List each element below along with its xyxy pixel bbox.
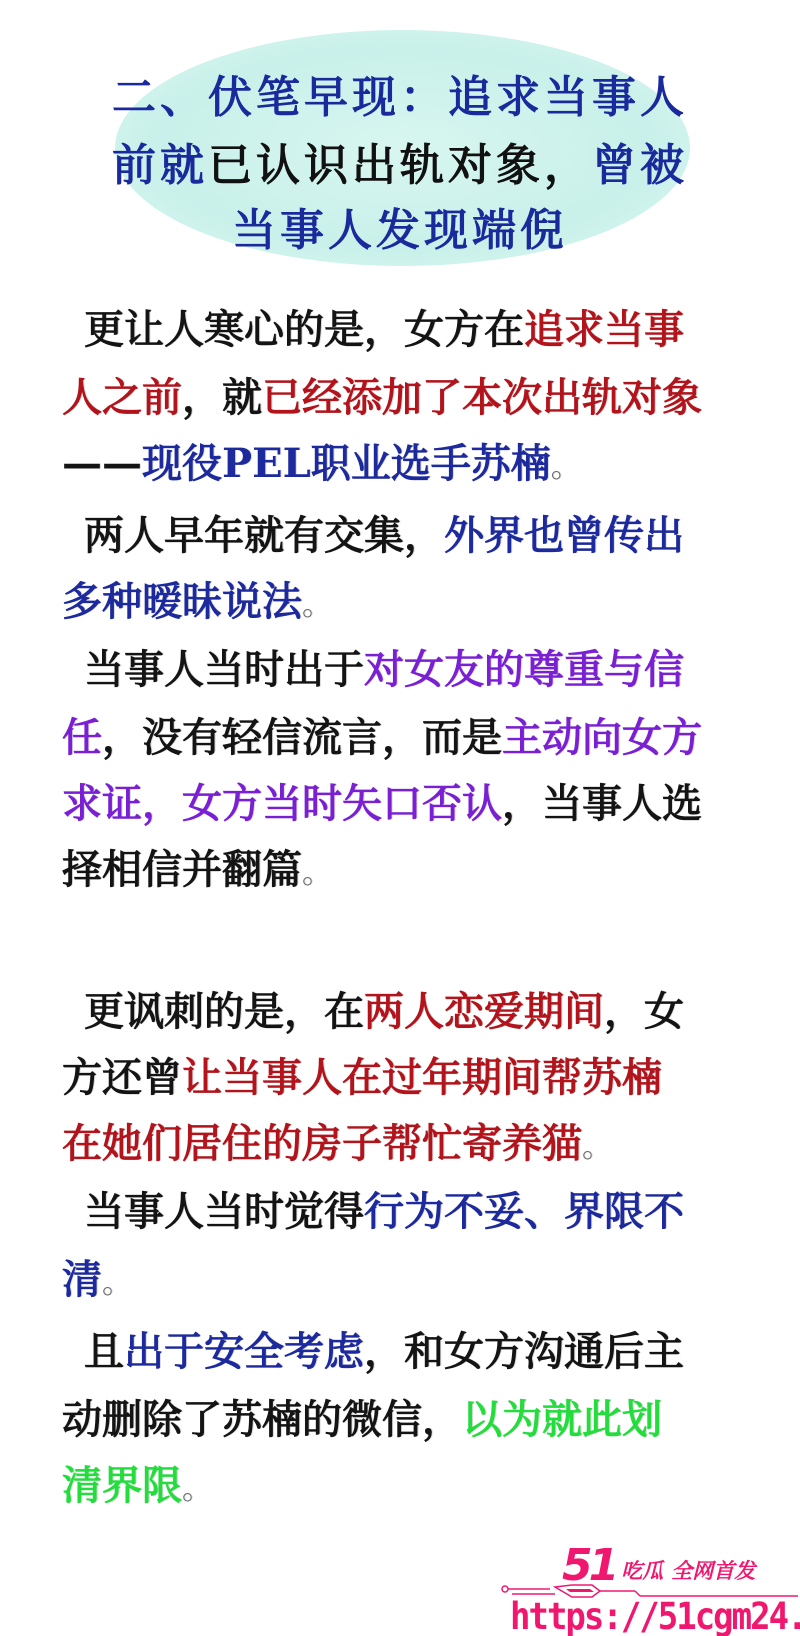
body-line: 多种暧昧说法。 — [62, 576, 332, 632]
body-line: 当事人当时出于对女友的尊重与信 — [62, 644, 684, 696]
highlight-blue: 多种暧昧说法 — [62, 578, 302, 625]
heading-segment: 二、伏笔早现：追求当事人 — [112, 72, 688, 123]
text-segment: 当事人当时觉得 — [84, 1188, 364, 1235]
text-segment: ，当事人选 — [502, 780, 702, 827]
highlight-red: 在她们居住的房子帮忙寄养猫 — [62, 1120, 582, 1167]
body-line: 人之前，就已经添加了本次出轨对象 — [62, 372, 702, 424]
heading-segment: 当事人发现端倪 — [232, 205, 568, 256]
heading-segment: 前就 — [112, 140, 208, 191]
period: 。 — [182, 1472, 212, 1507]
body-line: 求证，女方当时矢口否认，当事人选 — [62, 778, 702, 830]
text-segment: 更讽刺的是，在 — [84, 988, 364, 1035]
highlight-blue: 外界也曾传出 — [444, 512, 684, 559]
text-segment: 当事人当时出于 — [84, 646, 364, 693]
highlight-red: 追求当事 — [524, 306, 684, 353]
highlight-blue: 现役PEL职业选手苏楠 — [142, 440, 551, 487]
body-line: 在她们居住的房子帮忙寄养猫。 — [62, 1118, 612, 1174]
body-line: 动删除了苏楠的微信，以为就此划 — [62, 1394, 662, 1446]
watermark-slogan: 全网首发 — [671, 1558, 755, 1584]
body-line: 清。 — [62, 1254, 132, 1310]
heading-segment: 曾被 — [592, 140, 688, 191]
watermark-logo: 51 吃瓜 全网首发 — [562, 1544, 755, 1588]
highlight-red: 两人恋爱期间 — [364, 988, 604, 1035]
text-segment: —— — [62, 440, 142, 487]
text-segment: 两人早年就有交集， — [84, 512, 444, 559]
highlight-blue: 清 — [62, 1256, 102, 1303]
period: 。 — [102, 1266, 132, 1301]
watermark-number: 51 — [562, 1544, 615, 1588]
body-line: 清界限。 — [62, 1460, 212, 1516]
period: 。 — [551, 450, 581, 485]
highlight-blue: 出于安全考虑 — [124, 1328, 364, 1375]
period: 。 — [302, 588, 332, 623]
highlight-green: 清界限 — [62, 1462, 182, 1509]
body-line: 择相信并翻篇。 — [62, 844, 332, 900]
body-line: ——现役PEL职业选手苏楠。 — [62, 438, 581, 494]
text-segment: 择相信并翻篇 — [62, 846, 302, 893]
highlight-red: 让当事人在过年期间帮苏楠 — [182, 1054, 662, 1101]
body-line: 两人早年就有交集，外界也曾传出 — [62, 510, 684, 562]
text-segment: 动删除了苏楠的微信， — [62, 1396, 462, 1443]
heading-segment-highlight: 已认识出轨对象， — [208, 140, 592, 191]
period: 。 — [582, 1130, 612, 1165]
highlight-red: 人之前 — [62, 374, 182, 421]
highlight-red: 已经添加了本次出轨对象 — [262, 374, 702, 421]
text-segment: ，女 — [604, 988, 684, 1035]
text-segment: ，和女方沟通后主 — [364, 1328, 684, 1375]
heading-line-2: 前就已认识出轨对象，曾被 — [0, 140, 800, 192]
text-segment: ，就 — [182, 374, 262, 421]
highlight-purple: 对女友的尊重与信 — [364, 646, 684, 693]
period: 。 — [302, 856, 332, 891]
text-segment: 更让人寒心的是，女方在 — [84, 306, 524, 353]
body-line: 更讽刺的是，在两人恋爱期间，女 — [62, 986, 684, 1038]
body-line: 更让人寒心的是，女方在追求当事 — [62, 304, 684, 356]
heading-line-1: 二、伏笔早现：追求当事人 — [0, 72, 800, 124]
highlight-purple: 主动向女方 — [502, 714, 702, 761]
site-watermark: 51 吃瓜 全网首发 https://51cgm24.com — [500, 1540, 800, 1636]
highlight-purple: 任 — [62, 714, 102, 761]
watermark-brand: 吃瓜 — [621, 1558, 663, 1584]
watermark-url: https://51cgm24.com — [510, 1596, 800, 1636]
highlight-blue: 行为不妥、界限不 — [364, 1188, 684, 1235]
text-segment: 且 — [84, 1328, 124, 1375]
text-segment: 方还曾 — [62, 1054, 182, 1101]
heading-line-3: 当事人发现端倪 — [0, 205, 800, 257]
body-line: 且出于安全考虑，和女方沟通后主 — [62, 1326, 684, 1378]
body-line: 任，没有轻信流言，而是主动向女方 — [62, 712, 702, 764]
highlight-green: 以为就此划 — [462, 1396, 662, 1443]
highlight-purple: 求证，女方当时矢口否认 — [62, 780, 502, 827]
body-line: 方还曾让当事人在过年期间帮苏楠 — [62, 1052, 662, 1104]
body-line: 当事人当时觉得行为不妥、界限不 — [62, 1186, 684, 1238]
text-segment: ，没有轻信流言，而是 — [102, 714, 502, 761]
